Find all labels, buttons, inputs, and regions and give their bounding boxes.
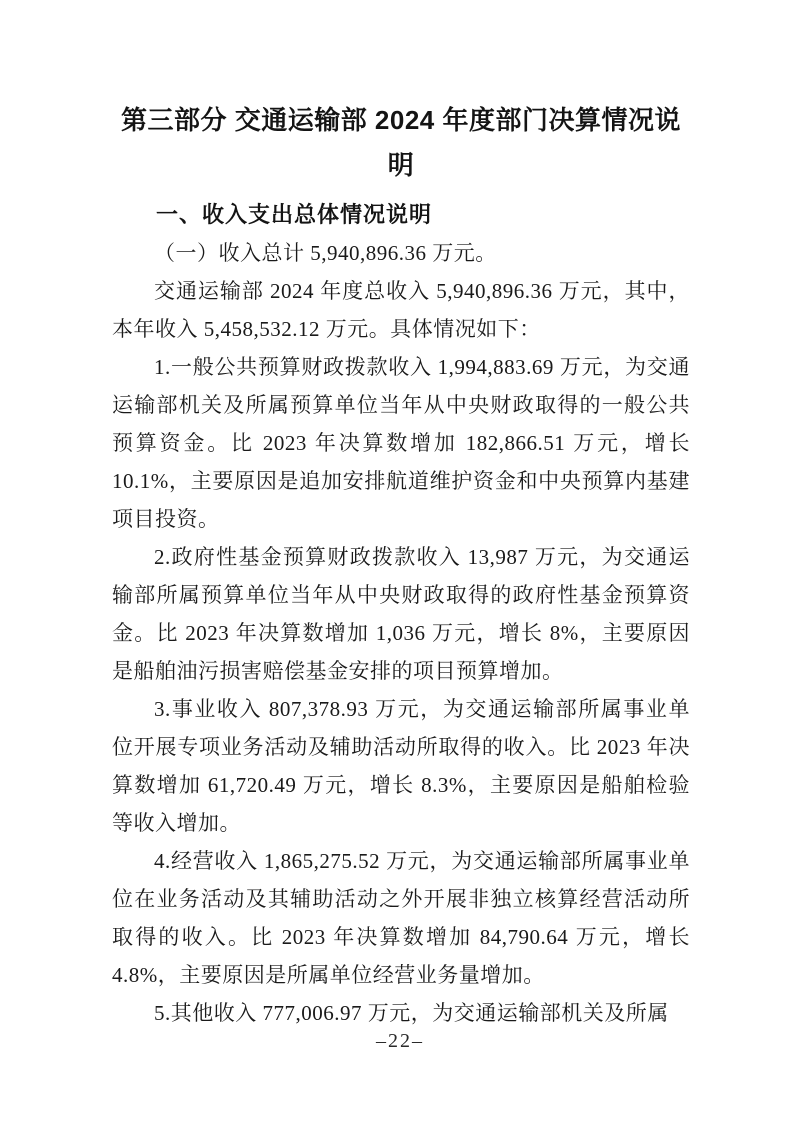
page-number: –22– bbox=[0, 1030, 800, 1053]
document-page: 第三部分 交通运输部 2024 年度部门决算情况说明 一、收入支出总体情况说明 … bbox=[0, 0, 800, 1131]
document-body: （一）收入总计 5,940,896.36 万元。 交通运输部 2024 年度总收… bbox=[112, 234, 690, 1032]
paragraph-total-revenue-summary: 交通运输部 2024 年度总收入 5,940,896.36 万元，其中，本年收入… bbox=[112, 272, 690, 348]
paragraph-general-public-budget-revenue: 1.一般公共预算财政拨款收入 1,994,883.69 万元，为交通运输部机关及… bbox=[112, 348, 690, 538]
document-title: 第三部分 交通运输部 2024 年度部门决算情况说明 bbox=[112, 98, 690, 188]
paragraph-income-total: （一）收入总计 5,940,896.36 万元。 bbox=[112, 234, 690, 272]
paragraph-operating-revenue: 4.经营收入 1,865,275.52 万元，为交通运输部所属事业单位在业务活动… bbox=[112, 842, 690, 994]
paragraph-government-fund-budget-revenue: 2.政府性基金预算财政拨款收入 13,987 万元，为交通运输部所属预算单位当年… bbox=[112, 538, 690, 690]
paragraph-institutional-revenue: 3.事业收入 807,378.93 万元，为交通运输部所属事业单位开展专项业务活… bbox=[112, 690, 690, 842]
paragraph-other-revenue: 5.其他收入 777,006.97 万元，为交通运输部机关及所属 bbox=[112, 994, 690, 1032]
section-heading: 一、收入支出总体情况说明 bbox=[112, 198, 690, 232]
